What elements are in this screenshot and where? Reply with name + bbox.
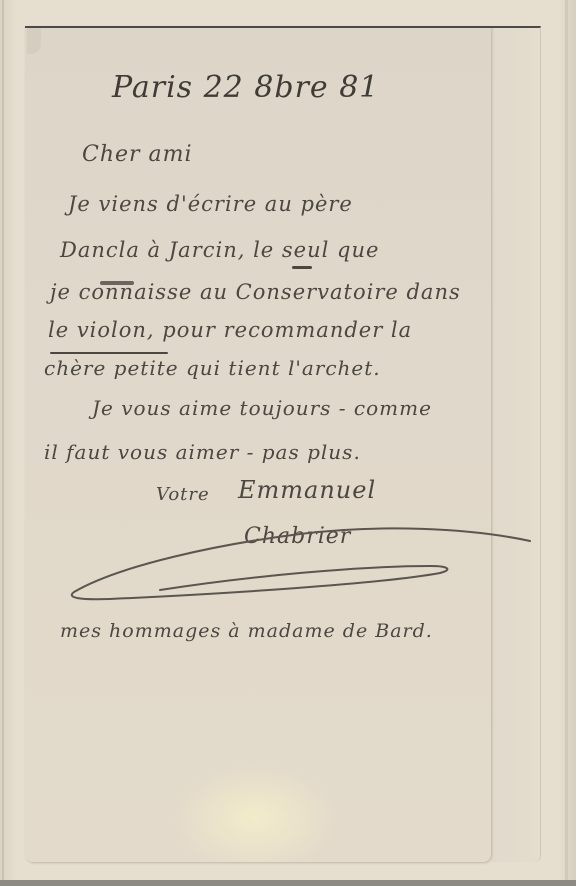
signature-flourish-icon <box>0 0 576 886</box>
letter-postscript: mes hommages à madame de Bard. <box>60 620 433 642</box>
